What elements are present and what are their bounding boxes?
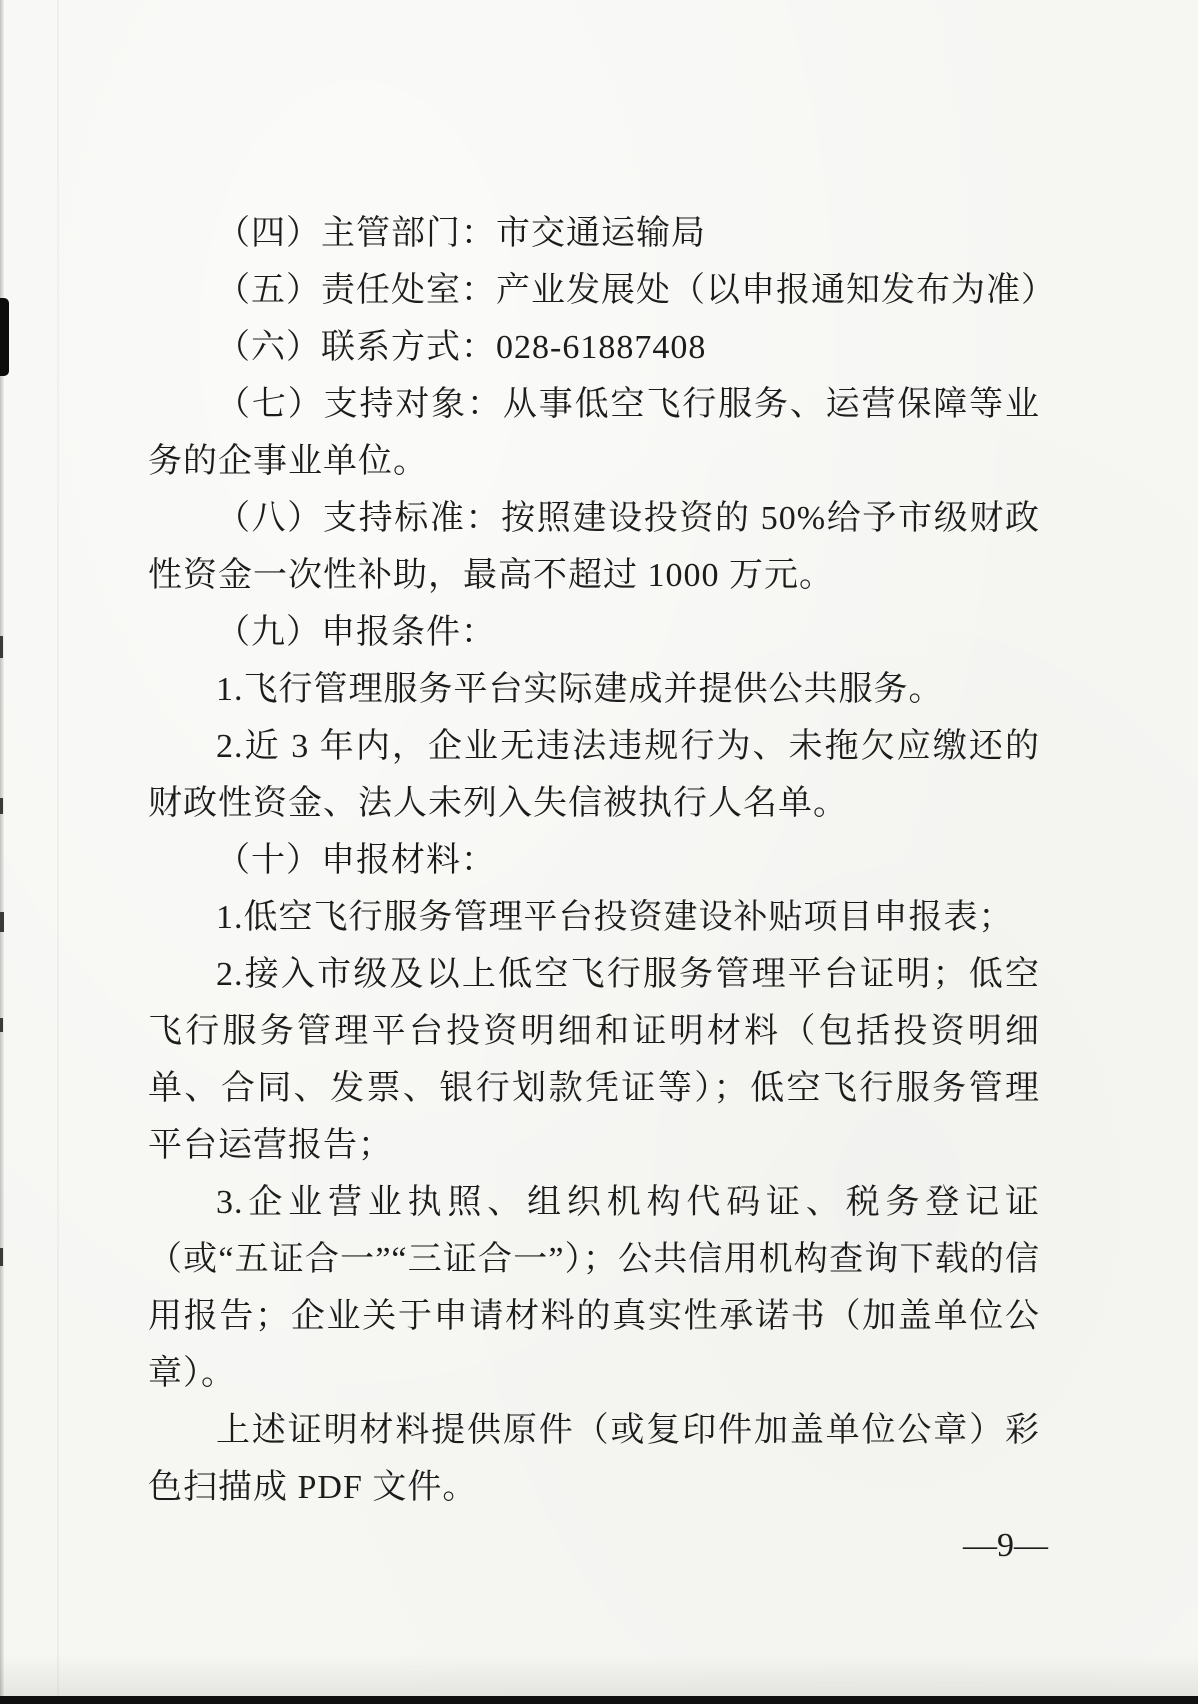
paragraph-item-7-targets: （七）支持对象：从事低空飞行服务、运营保障等业务的企事业单位。	[148, 376, 1040, 490]
scan-bottom-shading	[0, 1654, 1198, 1696]
scan-edge-mark	[0, 798, 3, 814]
scan-edge-mark	[0, 636, 3, 658]
scan-left-edge-shadow	[0, 0, 4, 1704]
paragraph-item-9-conditions: （九）申报条件：	[148, 604, 1040, 661]
scan-vertical-crease	[57, 0, 59, 1704]
paragraph-item-6-contact: （六）联系方式：028-61887408	[148, 319, 1040, 376]
paragraph-material-2: 2.接入市级及以上低空飞行服务管理平台证明；低空飞行服务管理平台投资明细和证明材…	[148, 946, 1040, 1174]
paragraph-condition-1: 1.飞行管理服务平台实际建成并提供公共服务。	[148, 661, 1040, 718]
scanned-document-page: （四）主管部门：市交通运输局 （五）责任处室：产业发展处（以申报通知发布为准） …	[0, 0, 1198, 1704]
paragraph-item-5-office: （五）责任处室：产业发展处（以申报通知发布为准）	[148, 262, 1040, 319]
scan-edge-mark	[0, 912, 4, 932]
paragraph-item-10-materials: （十）申报材料：	[148, 832, 1040, 889]
page-number: —9—	[963, 1528, 1048, 1564]
scan-bottom-black-bar	[0, 1696, 1198, 1704]
document-body: （四）主管部门：市交通运输局 （五）责任处室：产业发展处（以申报通知发布为准） …	[148, 205, 1040, 1516]
scan-ink-blob	[0, 298, 9, 376]
paragraph-material-3: 3.企业营业执照、组织机构代码证、税务登记证（或“五证合一”“三证合一”）；公共…	[148, 1174, 1040, 1402]
scan-edge-mark	[0, 1018, 3, 1032]
paragraph-item-4-dept: （四）主管部门：市交通运输局	[148, 205, 1040, 262]
paragraph-item-8-standard: （八）支持标准：按照建设投资的 50%给予市级财政性资金一次性补助，最高不超过 …	[148, 490, 1040, 604]
scan-edge-mark	[0, 1248, 3, 1266]
paragraph-material-1: 1.低空飞行服务管理平台投资建设补贴项目申报表；	[148, 889, 1040, 946]
paragraph-condition-2: 2.近 3 年内，企业无违法违规行为、未拖欠应缴还的财政性资金、法人未列入失信被…	[148, 718, 1040, 832]
paragraph-pdf-note: 上述证明材料提供原件（或复印件加盖单位公章）彩色扫描成 PDF 文件。	[148, 1402, 1040, 1516]
